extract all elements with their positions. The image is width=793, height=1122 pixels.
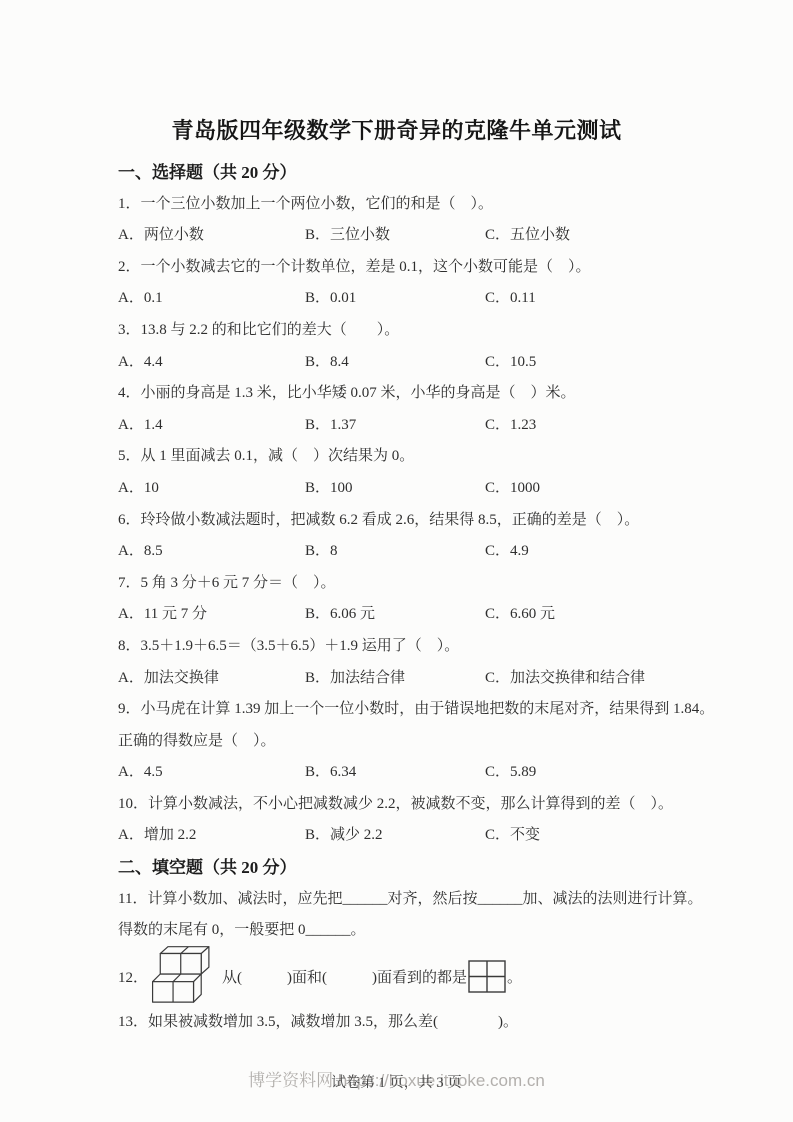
question-1-options: A．两位小数 B．三位小数 C．五位小数 <box>118 220 690 252</box>
question-11-text-line2: 得数的末尾有 0，一般要把 0______。 <box>118 915 690 947</box>
question-11-text-line1: 11．计算小数加、减法时，应先把______对齐，然后按______加、减法的法… <box>118 884 690 916</box>
question-5-text: 5．从 1 里面减去 0.1，减（ ）次结果为 0。 <box>118 441 690 473</box>
question-3-option-a: A．4.4 <box>118 354 163 370</box>
question-4-text: 4．小丽的身高是 1.3 米，比小华矮 0.07 米，小华的身高是（ ）米。 <box>118 378 690 410</box>
question-8-option-b: B．加法结合律 <box>305 663 405 695</box>
question-12: 12． 从( )面和( )面看到的都是 <box>118 947 690 1007</box>
question-10-option-c: C．不变 <box>485 820 540 852</box>
question-2-text: 2．一个小数减去它的一个计数单位，差是 0.1，这个小数可能是（ ）。 <box>118 252 690 284</box>
question-6-option-c: C．4.9 <box>485 536 529 568</box>
grid-2x2-figure <box>468 960 506 993</box>
question-3-option-c: C．10.5 <box>485 347 536 379</box>
question-1-text: 1．一个三位小数加上一个两位小数，它们的和是（ ）。 <box>118 189 690 221</box>
question-5-option-b: B．100 <box>305 473 353 505</box>
question-1-option-c: C．五位小数 <box>485 220 570 252</box>
section-1-heading: 一、选择题（共 20 分） <box>118 157 690 189</box>
question-3-text: 3．13.8 与 2.2 的和比它们的差大（ ）。 <box>118 315 690 347</box>
question-13-text: 13．如果被减数增加 3.5，减数增加 3.5，那么差( )。 <box>118 1007 690 1039</box>
question-2-options: A．0.1 B．0.01 C．0.11 <box>118 283 690 315</box>
section-2-heading: 二、填空题（共 20 分） <box>118 852 690 884</box>
question-12-text: 从( )面和( )面看到的都是 <box>222 966 467 987</box>
question-8-text: 8．3.5＋1.9＋6.5＝（3.5＋6.5）＋1.9 运用了（ ）。 <box>118 631 690 663</box>
question-4-option-b: B．1.37 <box>305 410 356 442</box>
test-paper-page: 青岛版四年级数学下册奇异的克隆牛单元测试 一、选择题（共 20 分） 1．一个三… <box>0 0 793 1122</box>
question-4-option-c: C．1.23 <box>485 410 536 442</box>
question-5-option-a: A．10 <box>118 480 159 496</box>
question-5-options: A．10 B．100 C．1000 <box>118 473 690 505</box>
question-2-option-b: B．0.01 <box>305 283 356 315</box>
question-1-option-b: B．三位小数 <box>305 220 390 252</box>
question-7-option-a: A．11 元 7 分 <box>118 606 207 622</box>
question-10-option-b: B．减少 2.2 <box>305 820 383 852</box>
question-7-option-b: B．6.06 元 <box>305 599 375 631</box>
question-10-options: A．增加 2.2 B．减少 2.2 C．不变 <box>118 820 690 852</box>
question-9-text-line2: 正确的得数应是（ ）。 <box>118 726 690 758</box>
question-7-option-c: C．6.60 元 <box>485 599 555 631</box>
question-5-option-c: C．1000 <box>485 473 540 505</box>
question-1-option-a: A．两位小数 <box>118 227 204 243</box>
stacked-cubes-figure <box>152 945 218 1003</box>
question-3-options: A．4.4 B．8.4 C．10.5 <box>118 347 690 379</box>
question-2-option-c: C．0.11 <box>485 283 536 315</box>
page-title: 青岛版四年级数学下册奇异的克隆牛单元测试 <box>0 114 793 145</box>
question-9-options: A．4.5 B．6.34 C．5.89 <box>118 757 690 789</box>
question-8-option-c: C．加法交换律和结合律 <box>485 663 645 695</box>
question-6-option-b: B．8 <box>305 536 338 568</box>
question-6-text: 6．玲玲做小数减法题时，把减数 6.2 看成 2.6，结果得 8.5，正确的差是… <box>118 505 690 537</box>
question-12-number: 12． <box>118 966 148 987</box>
question-7-options: A．11 元 7 分 B．6.06 元 C．6.60 元 <box>118 599 690 631</box>
question-4-option-a: A．1.4 <box>118 417 163 433</box>
question-8-option-a: A．加法交换律 <box>118 670 219 686</box>
content-area: 一、选择题（共 20 分） 1．一个三位小数加上一个两位小数，它们的和是（ ）。… <box>118 157 690 1038</box>
question-10-option-a: A．增加 2.2 <box>118 827 196 843</box>
question-9-option-b: B．6.34 <box>305 757 356 789</box>
question-7-text: 7．5 角 3 分＋6 元 7 分＝（ ）。 <box>118 568 690 600</box>
question-4-options: A．1.4 B．1.37 C．1.23 <box>118 410 690 442</box>
question-9-option-c: C．5.89 <box>485 757 536 789</box>
question-10-text: 10．计算小数减法，不小心把减数减少 2.2，被减数不变，那么计算得到的差（ ）… <box>118 789 690 821</box>
question-9-option-a: A．4.5 <box>118 764 163 780</box>
question-8-options: A．加法交换律 B．加法结合律 C．加法交换律和结合律 <box>118 663 690 695</box>
question-3-option-b: B．8.4 <box>305 347 349 379</box>
question-2-option-a: A．0.1 <box>118 290 163 306</box>
question-12-period: 。 <box>507 966 522 987</box>
question-9-text-line1: 9．小马虎在计算 1.39 加上一个一位小数时，由于错误地把数的末尾对齐，结果得… <box>118 694 690 726</box>
question-6-option-a: A．8.5 <box>118 543 163 559</box>
page-footer: 试卷第 1 页，共 3 页 <box>0 1071 793 1092</box>
question-6-options: A．8.5 B．8 C．4.9 <box>118 536 690 568</box>
